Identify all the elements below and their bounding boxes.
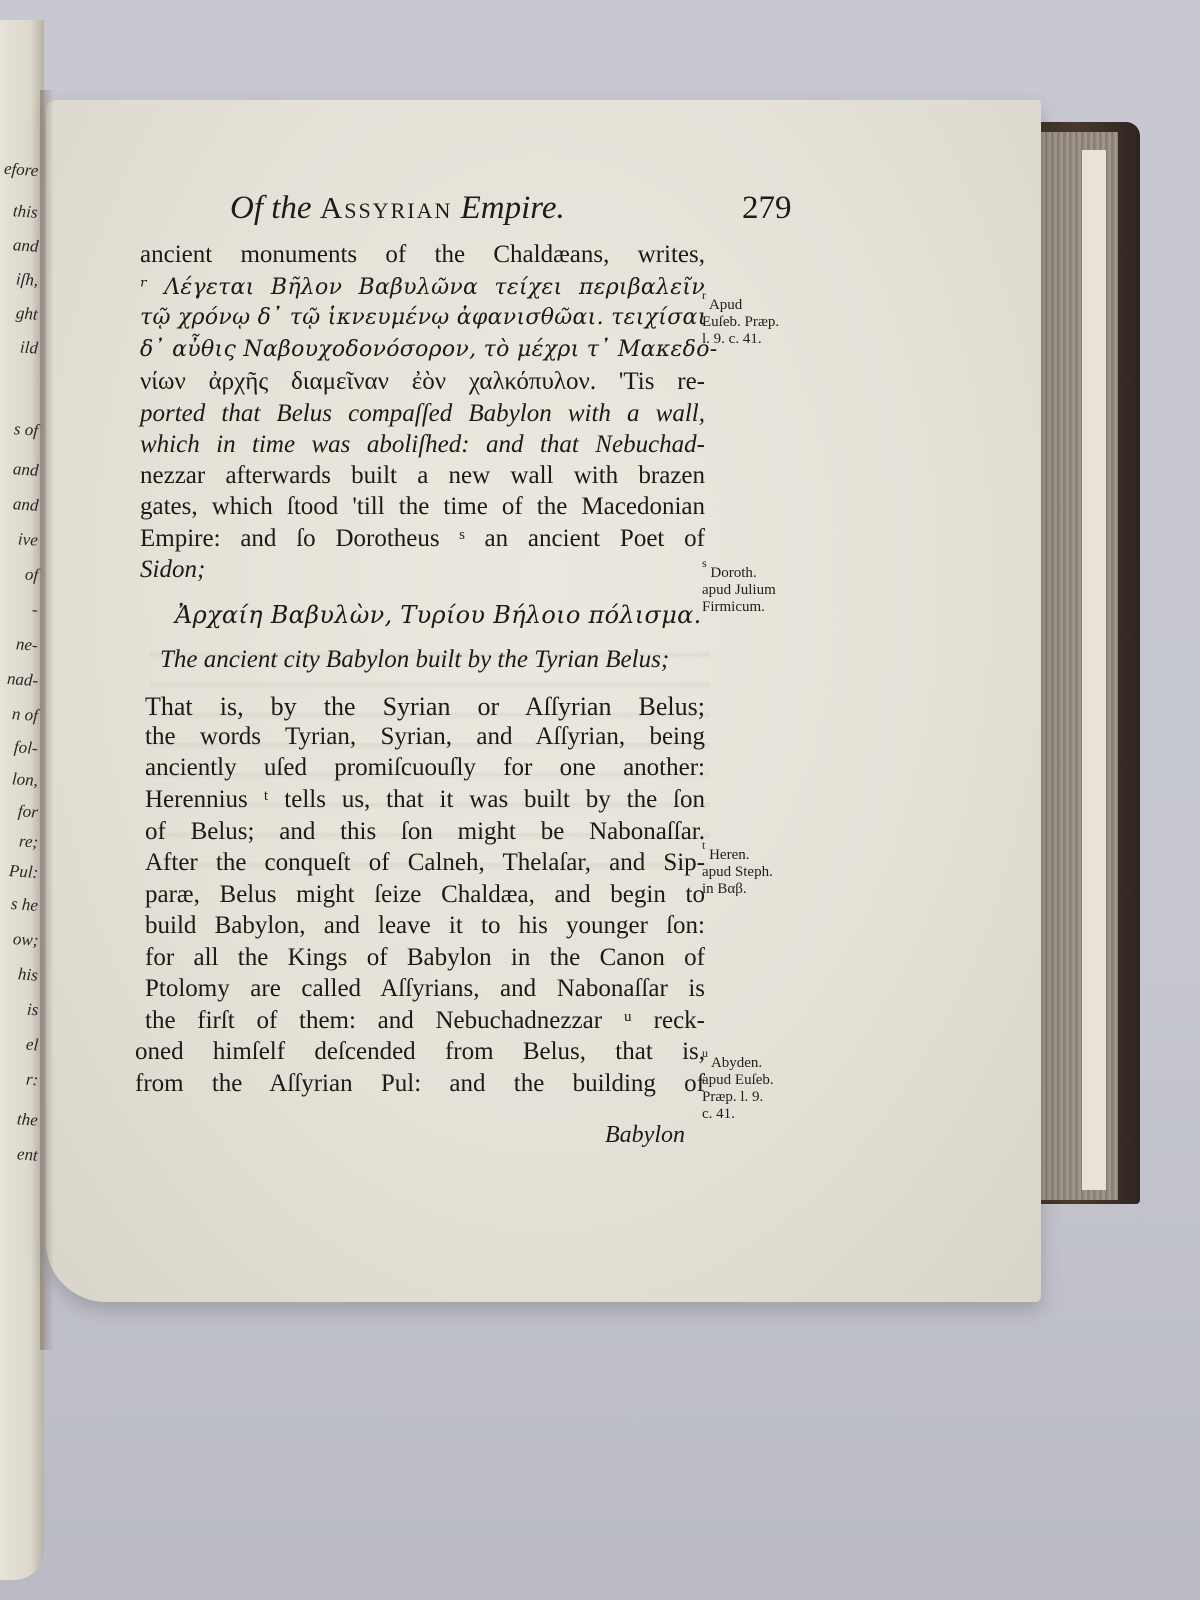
body-line: for all the Kings of Babylon in the Cano… bbox=[145, 943, 705, 973]
greek-verse: Ἀρχαίη Βαβυλὼν, Τυρίου Βήλοιο πόλισμα. bbox=[175, 600, 740, 630]
left-page-fragment: n of bbox=[11, 704, 38, 726]
catchword: Babylon bbox=[605, 1122, 685, 1149]
body-line: paræ, Belus might ſeize Chaldæa, and beg… bbox=[145, 880, 705, 910]
note-line: l. 9. c. 41. bbox=[702, 331, 822, 348]
note-line: Euſeb. Præp. bbox=[702, 314, 822, 331]
note-line: Firmicum. bbox=[702, 599, 822, 616]
body-line: the firſt of them: and Nebuchadnezzar ᵘ … bbox=[145, 1006, 705, 1036]
note-line: Præp. l. 9. bbox=[702, 1089, 822, 1106]
body-line: ported that Belus compaſſed Babylon with… bbox=[140, 399, 705, 429]
body-line: Ptolomy are called Aſſyrians, and Nabona… bbox=[145, 974, 705, 1004]
title-caps: Assyrian bbox=[320, 190, 453, 225]
left-page-fragment: is bbox=[26, 1000, 39, 1021]
left-page-fragment: Pul: bbox=[8, 861, 39, 883]
body-line: Herennius ᵗ tells us, that it was built … bbox=[145, 785, 705, 815]
title-suffix: Empire. bbox=[461, 190, 565, 226]
marginal-note-s: s Doroth. apud Julium Firmicum. bbox=[702, 555, 822, 616]
left-page-fragment: el bbox=[25, 1035, 39, 1056]
title-prefix: Of the bbox=[230, 190, 312, 226]
left-page-fragment: fol- bbox=[14, 737, 39, 759]
left-page-fragment: ne- bbox=[16, 634, 39, 655]
body-line: oned himſelf deſcended from Belus, that … bbox=[135, 1037, 705, 1067]
left-page-fragment: s of bbox=[13, 419, 38, 441]
body-line: That is, by the Syrian or Aſſyrian Belus… bbox=[145, 692, 705, 722]
page-number: 279 bbox=[742, 190, 792, 227]
note-mark: u bbox=[702, 1046, 708, 1060]
left-page-fragment: r: bbox=[25, 1070, 39, 1091]
endpaper-edge bbox=[1082, 150, 1106, 1190]
verse-translation: The ancient city Babylon built by the Ty… bbox=[160, 645, 725, 675]
running-head: Of the Assyrian Empire. 279 bbox=[230, 190, 810, 240]
body-line: which in time was aboliſhed: and that Ne… bbox=[140, 430, 705, 460]
left-page-fragment: his bbox=[17, 964, 38, 985]
body-line: from the Aſſyrian Pul: and the building … bbox=[135, 1069, 705, 1099]
left-page-fragment: efore bbox=[3, 159, 39, 181]
note-line: Heren. bbox=[709, 847, 749, 863]
note-line: apud Steph. bbox=[702, 864, 822, 881]
body-line: of Belus; and this ſon might be Nabonaſſ… bbox=[145, 817, 705, 847]
left-page-fragment: this bbox=[13, 201, 39, 223]
note-mark: r bbox=[702, 288, 706, 302]
left-page-fragment: re; bbox=[18, 831, 39, 852]
note-line: Doroth. bbox=[710, 565, 756, 581]
left-page-fragment: iſh, bbox=[15, 269, 39, 291]
body-line: gates, which ſtood 'till the time of the… bbox=[140, 492, 705, 522]
note-line: c. 41. bbox=[702, 1106, 822, 1123]
body-line: anciently uſed promiſcuouſly for one ano… bbox=[145, 753, 705, 783]
left-page-fragment: lon, bbox=[11, 769, 38, 791]
body-line: Sidon; bbox=[140, 555, 705, 585]
left-page-fragment: - bbox=[32, 600, 39, 620]
body-line-greek: τῷ χρόνῳ δ᾽ τῷ ἱκνευμένῳ ἀφανισθῶαι. τει… bbox=[140, 303, 705, 333]
left-page-fragment: the bbox=[17, 1109, 39, 1130]
note-line: Apud bbox=[709, 297, 742, 313]
running-head-title: Of the Assyrian Empire. bbox=[230, 190, 565, 227]
body-line: nezzar afterwards built a new wall with … bbox=[140, 461, 705, 491]
body-line-greek: δ᾽ αὖθις Ναβουχοδονόσορον, τὸ μέχρι τ᾽ Μ… bbox=[140, 335, 705, 365]
gutter-shadow bbox=[40, 90, 54, 1350]
left-page-fragment: nad- bbox=[6, 669, 38, 691]
left-page-fragment: ght bbox=[16, 303, 39, 324]
left-page-fragment: and bbox=[12, 235, 39, 257]
marginal-note-r: r Apud Euſeb. Præp. l. 9. c. 41. bbox=[702, 287, 822, 348]
left-page-fragment: s he bbox=[10, 894, 38, 916]
left-page-fragment: and bbox=[12, 494, 39, 516]
note-line: apud Julium bbox=[702, 582, 822, 599]
left-page-fragment: and bbox=[12, 459, 39, 481]
note-mark: s bbox=[702, 556, 707, 570]
body-line: Empire: and ſo Dorotheus ˢ an ancient Po… bbox=[140, 524, 705, 554]
body-line-greek: ʳ Λέγεται Βῆλον Βαβυλῶνα τείχει περιβαλε… bbox=[140, 273, 705, 303]
left-page-fragment: ent bbox=[17, 1144, 39, 1165]
body-line: build Babylon, and leave it to his young… bbox=[145, 911, 705, 941]
note-mark: t bbox=[702, 838, 705, 852]
note-line: Abyden. bbox=[711, 1055, 762, 1071]
left-page-fragment: ive bbox=[17, 529, 38, 550]
left-page-fragment: of bbox=[24, 565, 39, 586]
left-page-fragment: ow; bbox=[12, 929, 39, 951]
body-line: νίων ἀρχῆς διαμεῖναν ἐὸν χαλκόπυλον. 'Ti… bbox=[140, 367, 705, 397]
left-page-fragment: for bbox=[17, 801, 38, 822]
body-line: After the conqueſt of Calneh, Thelaſar, … bbox=[145, 848, 705, 878]
left-page-fragment: ild bbox=[19, 337, 38, 358]
body-line: ancient monuments of the Chaldæans, writ… bbox=[140, 240, 705, 270]
note-line: in Βαβ. bbox=[702, 881, 822, 898]
marginal-note-t: t Heren. apud Steph. in Βαβ. bbox=[702, 837, 822, 898]
facing-left-page: efore this and iſh, ght ild s of and and… bbox=[0, 20, 44, 1580]
marginal-note-u: u Abyden. apud Euſeb. Præp. l. 9. c. 41. bbox=[702, 1045, 822, 1123]
body-line: the words Tyrian, Syrian, and Aſſyrian, … bbox=[145, 722, 705, 752]
note-line: apud Euſeb. bbox=[702, 1072, 822, 1089]
